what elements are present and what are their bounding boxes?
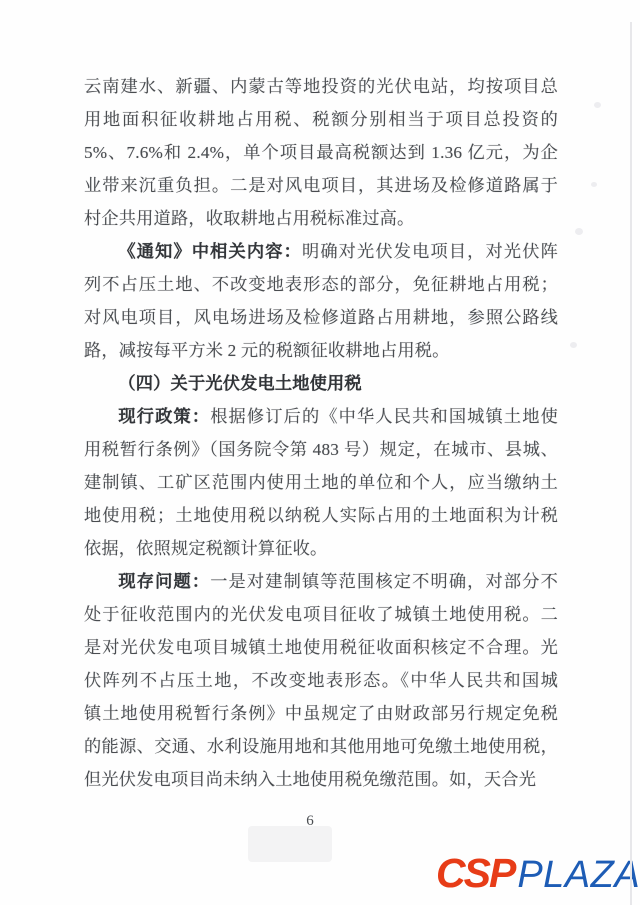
body-line: 但光伏发电项目尚未纳入土地使用税免缴范围。如，天合光 (84, 763, 558, 796)
scan-speck-artifact (594, 102, 601, 108)
paragraph-lead: 《通知》中相关内容： (118, 242, 302, 261)
body-line: 对风电项目，风电场进场及检修道路占用耕地，参照公路线 (84, 301, 558, 334)
scan-edge-artifact (630, 22, 632, 905)
scan-smudge-artifact (248, 826, 332, 862)
body-line: 建制镇、工矿区范围内使用土地的单位和个人，应当缴纳土 (84, 466, 558, 499)
body-line: 现行政策：根据修订后的《中华人民共和国城镇土地使 (84, 400, 558, 433)
body-line: 伏阵列不占压土地，不改变地表形态。《中华人民共和国城 (84, 664, 558, 697)
body-line: 列不占压土地、不改变地表形态的部分，免征耕地占用税； (84, 268, 558, 301)
body-line: 用地面积征收耕地占用税、税额分别相当于项目总投资的 (84, 103, 558, 136)
scan-speck-artifact (570, 342, 577, 348)
body-line: 地使用税；土地使用税以纳税人实际占用的土地面积为计税 (84, 499, 558, 532)
body-line: 路，减按每平方米 2 元的税额征收耕地占用税。 (84, 334, 558, 367)
body-line-text: 明确对光伏发电项目，对光伏阵 (302, 242, 558, 261)
body-line: 处于征收范围内的光伏发电项目征收了城镇土地使用税。二 (84, 598, 558, 631)
body-line: 用税暂行条例》（国务院令第 483 号）规定，在城市、县城、 (84, 433, 558, 466)
body-line: 《通知》中相关内容：明确对光伏发电项目，对光伏阵 (84, 235, 558, 268)
scan-speck-artifact (575, 228, 583, 235)
body-line: 现存问题：一是对建制镇等范围核定不明确，对部分不 (84, 565, 558, 598)
body-line: 是对光伏发电项目城镇土地使用税征收面积核定不合理。光 (84, 631, 558, 664)
scanned-document-page: 云南建水、新疆、内蒙古等地投资的光伏电站，均按项目总 用地面积征收耕地占用税、税… (0, 0, 640, 905)
body-line-text: 一是对建制镇等范围核定不明确，对部分不 (210, 572, 558, 591)
cspplaza-logo: CSPPLAZA (436, 851, 640, 905)
plaza-logo-text: PLAZA (517, 854, 640, 896)
body-line: 的能源、交通、水利设施用地和其他用地可免缴土地使用税， (84, 730, 558, 763)
scan-speck-artifact (591, 182, 597, 187)
csp-logo-text: CSP (436, 850, 514, 896)
section-heading: （四）关于光伏发电土地使用税 (84, 367, 558, 400)
document-body: 云南建水、新疆、内蒙古等地投资的光伏电站，均按项目总 用地面积征收耕地占用税、税… (84, 70, 558, 796)
paragraph-lead: 现存问题： (118, 572, 210, 591)
body-line: 云南建水、新疆、内蒙古等地投资的光伏电站，均按项目总 (84, 70, 558, 103)
paragraph-lead: 现行政策： (118, 407, 210, 426)
body-line: 村企共用道路，收取耕地占用税标准过高。 (84, 202, 558, 235)
body-line: 5%、7.6%和 2.4%，单个项目最高税额达到 1.36 亿元，为企 (84, 136, 558, 169)
body-line: 镇土地使用税暂行条例》中虽规定了由财政部另行规定免税 (84, 697, 558, 730)
body-line-text: 根据修订后的《中华人民共和国城镇土地使 (210, 407, 558, 426)
body-line: 依据，依照规定税额计算征收。 (84, 532, 558, 565)
body-line: 业带来沉重负担。二是对风电项目，其进场及检修道路属于 (84, 169, 558, 202)
